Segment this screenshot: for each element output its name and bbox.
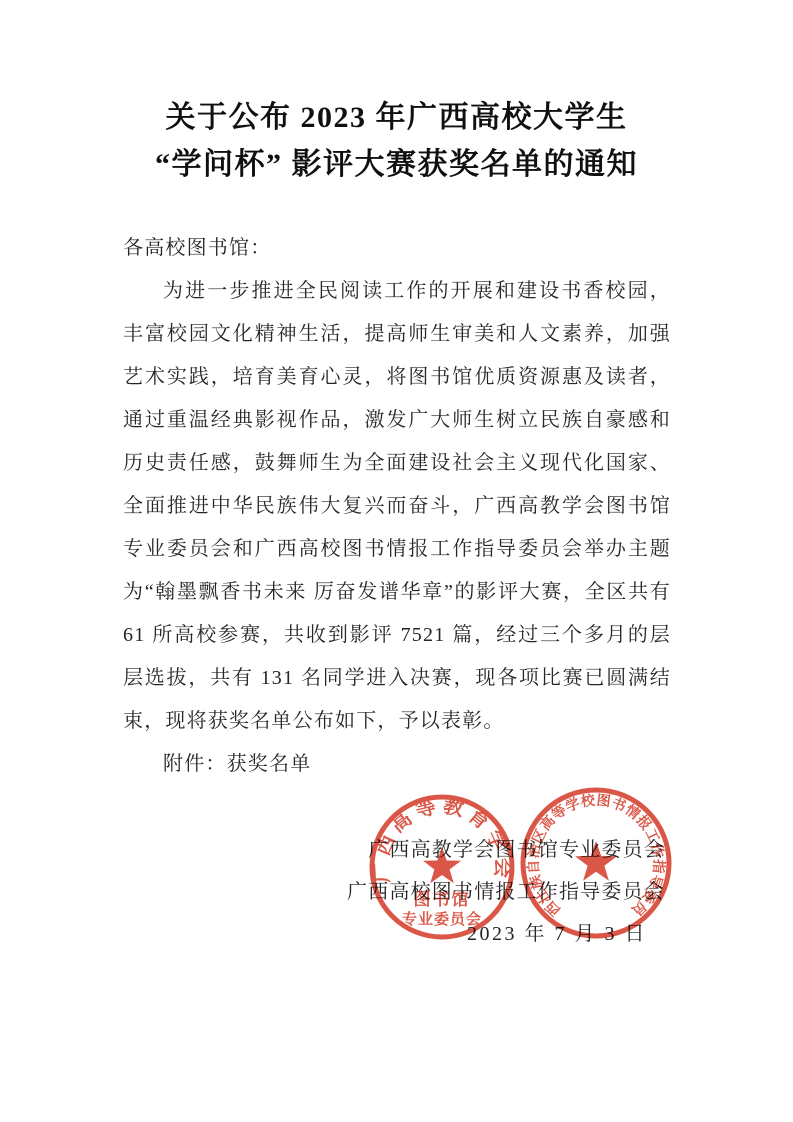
document-page: 关于公布 2023 年广西高校大学生 “学问杯” 影评大赛获奖名单的通知 各高校… bbox=[0, 0, 793, 1122]
official-seal-right: 广西壮族自治区高等学校图书情报工作指导委员会 bbox=[516, 782, 676, 944]
main-paragraph: 为进一步推进全民阅读工作的开展和建设书香校园，丰富校园文化精神生活，提高师生审美… bbox=[123, 270, 671, 743]
attachment-line: 附件：获奖名单 bbox=[123, 743, 671, 786]
notice-body: 各高校图书馆： 为进一步推进全民阅读工作的开展和建设书香校园，丰富校园文化精神生… bbox=[123, 227, 671, 786]
notice-title-line-2: “学问杯” 影评大赛获奖名单的通知 bbox=[0, 141, 793, 188]
notice-title-line-1: 关于公布 2023 年广西高校大学生 bbox=[0, 94, 793, 141]
star-icon bbox=[423, 847, 461, 883]
salutation: 各高校图书馆： bbox=[123, 227, 671, 270]
star-icon bbox=[575, 841, 617, 881]
svg-text:广西壮族自治区高等学校图书情报工作指导委员会: 广西壮族自治区高等学校图书情报工作指导委员会 bbox=[516, 782, 667, 919]
seal-arc-text-right: 广西壮族自治区高等学校图书情报工作指导委员会 bbox=[516, 782, 667, 919]
official-seal-left: 广西高等教育学会 图书馆 专业委员会 bbox=[367, 791, 517, 943]
seal-center-line-2: 专业委员会 bbox=[402, 910, 482, 928]
seal-center-line-1: 图书馆 bbox=[414, 889, 471, 909]
notice-title: 关于公布 2023 年广西高校大学生 “学问杯” 影评大赛获奖名单的通知 bbox=[0, 94, 793, 188]
